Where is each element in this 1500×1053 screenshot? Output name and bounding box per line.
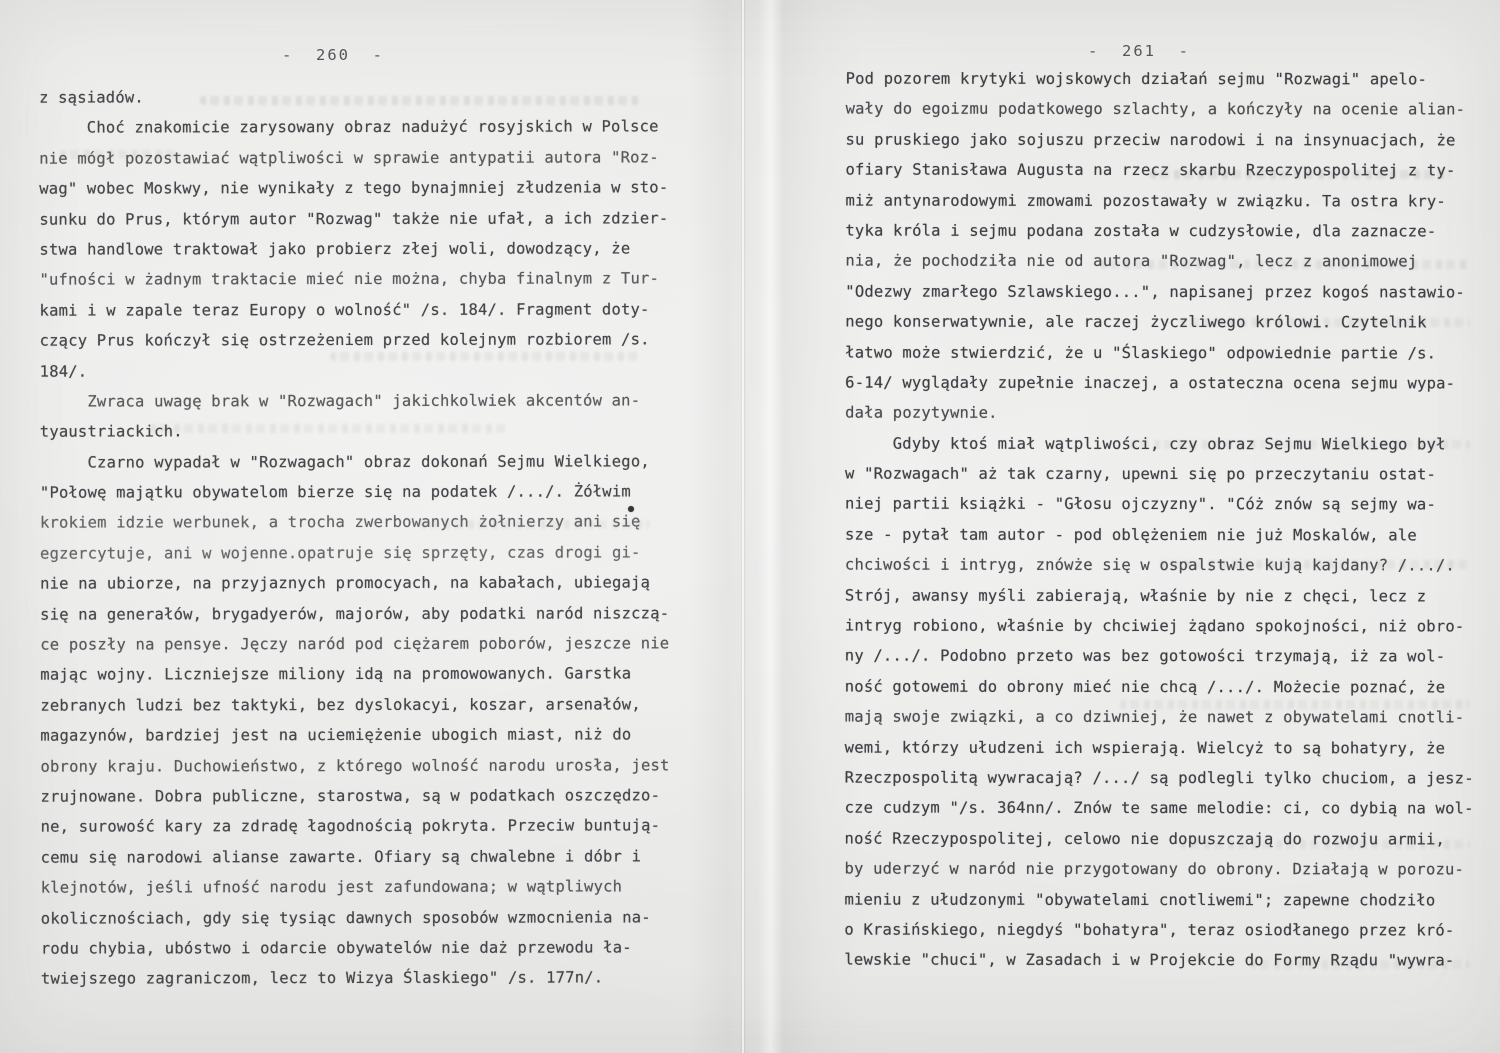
text-line: "Połowę majątku obywatelom bierze się na… bbox=[40, 476, 669, 508]
text-line: Choć znakomicie zarysowany obraz nadużyć… bbox=[39, 112, 668, 144]
right-page-text: Pod pozorem krytyki wojskowych działań s… bbox=[844, 64, 1474, 977]
text-line: obrony kraju. Duchowieństwo, z którego w… bbox=[40, 750, 669, 782]
text-line: ce poszły na pensye. Jęczy naród pod cię… bbox=[40, 628, 669, 660]
text-line: su pruskiego jako sojuszu przeciw narodo… bbox=[846, 124, 1475, 155]
text-line: nie na ubiorze, na przyjaznych promocyac… bbox=[40, 568, 669, 600]
text-line: dała pozytywnie. bbox=[845, 398, 1474, 429]
text-line: w "Rozwagach" aż tak czarny, upewni się … bbox=[845, 459, 1474, 490]
text-line: klejnotów, jeśli ufność narodu jest zafu… bbox=[41, 871, 670, 903]
text-line: Gdyby ktoś miał wątpliwości, czy obraz S… bbox=[845, 428, 1474, 459]
text-line: sze - pytał tam autor - pod oblężeniem n… bbox=[845, 519, 1474, 550]
text-line: kami i w zapale teraz Europy o wolność" … bbox=[39, 294, 668, 326]
text-line: ność Rzeczypospolitej, celowo nie dopusz… bbox=[845, 823, 1474, 854]
text-line: egzercytuje, ani w wojenne.opatruje się … bbox=[40, 537, 669, 569]
text-line: Pod pozorem krytyki wojskowych działań s… bbox=[846, 64, 1475, 95]
text-line: Czarno wypadał w "Rozwagach" obraz dokon… bbox=[40, 446, 669, 478]
text-line: 184/. bbox=[40, 355, 669, 387]
text-line: z sąsiadów. bbox=[39, 81, 668, 113]
text-line: twiejszego zagraniczom, lecz to Wizya Śl… bbox=[41, 963, 670, 995]
text-line: rodu chybia, ubóstwo i odarcie obywateló… bbox=[41, 932, 670, 964]
text-line: ofiary Stanisława Augusta na rzecz skarb… bbox=[845, 155, 1474, 186]
text-line: ny /.../. Podobno przeto was bez gotowoś… bbox=[845, 641, 1474, 672]
text-line: cze cudzym "/s. 364nn/. Znów te same mel… bbox=[845, 793, 1474, 824]
text-line: mieniu z ułudzonymi "obywatelami cnotliw… bbox=[844, 884, 1473, 915]
text-line: wały do egoizmu podatkowego szlachty, a … bbox=[846, 94, 1475, 125]
text-line: nia, że pochodziła nie od autora "Rozwag… bbox=[845, 246, 1474, 277]
text-line: czący Prus kończył się ostrzeżeniem prze… bbox=[40, 324, 669, 356]
text-line: tyaustriackich. bbox=[40, 416, 669, 448]
page-number-left: - 260 - bbox=[282, 46, 384, 64]
page-number-right: - 261 - bbox=[1088, 42, 1190, 60]
text-line: Rzeczpospolitą wywracają? /.../ są podle… bbox=[845, 763, 1474, 794]
text-line: stwa handlowe traktował jako probierz zł… bbox=[39, 233, 668, 265]
text-line: by uderzyć w naród nie przygotowany do o… bbox=[844, 854, 1473, 885]
text-line: "Odezwy zmarłego Szlawskiego...", napisa… bbox=[845, 276, 1474, 307]
text-line: sunku do Prus, którym autor "Rozwag" tak… bbox=[39, 203, 668, 235]
text-line: "ufności w żadnym traktacie mieć nie moż… bbox=[39, 264, 668, 296]
text-line: nie mógł pozostawiać wątpliwości w spraw… bbox=[39, 142, 668, 174]
text-line: Strój, awansy myśli zabierają, właśnie b… bbox=[845, 580, 1474, 611]
scanned-document-spread: - 260 - z sąsiadów. Choć znakomicie zary… bbox=[0, 0, 1500, 1053]
text-line: łatwo może stwierdzić, że u "Ślaskiego" … bbox=[845, 337, 1474, 368]
text-line: mając wojny. Liczniejsze miliony idą na … bbox=[40, 659, 669, 691]
text-line: zrujnowane. Dobra publiczne, starostwa, … bbox=[41, 780, 670, 812]
text-line: Zwraca uwagę brak w "Rozwagach" jakichko… bbox=[40, 385, 669, 417]
text-line: się na generałów, brygadyerów, majorów, … bbox=[40, 598, 669, 630]
text-line: krokiem idzie werbunek, a trocha zwerbow… bbox=[40, 507, 669, 539]
text-line: okolicznościach, gdy się tysiąc dawnych … bbox=[41, 902, 670, 934]
text-line: zebranych ludzi bez taktyki, bez dysloka… bbox=[40, 689, 669, 721]
text-line: 6-14/ wyglądały zupełnie inaczej, a osta… bbox=[845, 367, 1474, 398]
text-line: mają swoje związki, a co dziwniej, że na… bbox=[845, 702, 1474, 733]
text-line: ność gotowemi do obrony mieć nie chcą /.… bbox=[845, 671, 1474, 702]
left-page-text: z sąsiadów. Choć znakomicie zarysowany o… bbox=[39, 81, 670, 994]
text-line: intryg robiono, właśnie by chciwiej żąda… bbox=[845, 611, 1474, 642]
text-line: lewskie "chuci", w Zasadach i w Projekci… bbox=[844, 945, 1473, 976]
text-line: wemi, którzy ułudzeni ich wspierają. Wie… bbox=[845, 732, 1474, 763]
text-line: o Krasińskiego, niegdyś "bohatyra", tera… bbox=[844, 914, 1473, 945]
ink-blot bbox=[628, 506, 634, 512]
text-line: ne, surowość kary za zdradę łagodnością … bbox=[41, 811, 670, 843]
text-line: magazynów, bardziej jest na uciemiężenie… bbox=[40, 720, 669, 752]
text-line: chciwości i intryg, znówże się w ospalst… bbox=[845, 550, 1474, 581]
fold-crease bbox=[742, 0, 744, 1053]
text-line: wag" wobec Moskwy, nie wynikały z tego b… bbox=[39, 173, 668, 205]
text-line: cemu się narodowi alianse zawarte. Ofiar… bbox=[41, 841, 670, 873]
text-line: nego konserwatywnie, ale raczej życzliwe… bbox=[845, 307, 1474, 338]
text-line: niej partii książki - "Głosu ojczyzny". … bbox=[845, 489, 1474, 520]
page-gutter-shadow bbox=[688, 0, 864, 1053]
text-line: tyka króla i sejmu podana została w cudz… bbox=[845, 216, 1474, 247]
text-line: miż antynarodowymi zmowami pozostawały w… bbox=[845, 185, 1474, 216]
